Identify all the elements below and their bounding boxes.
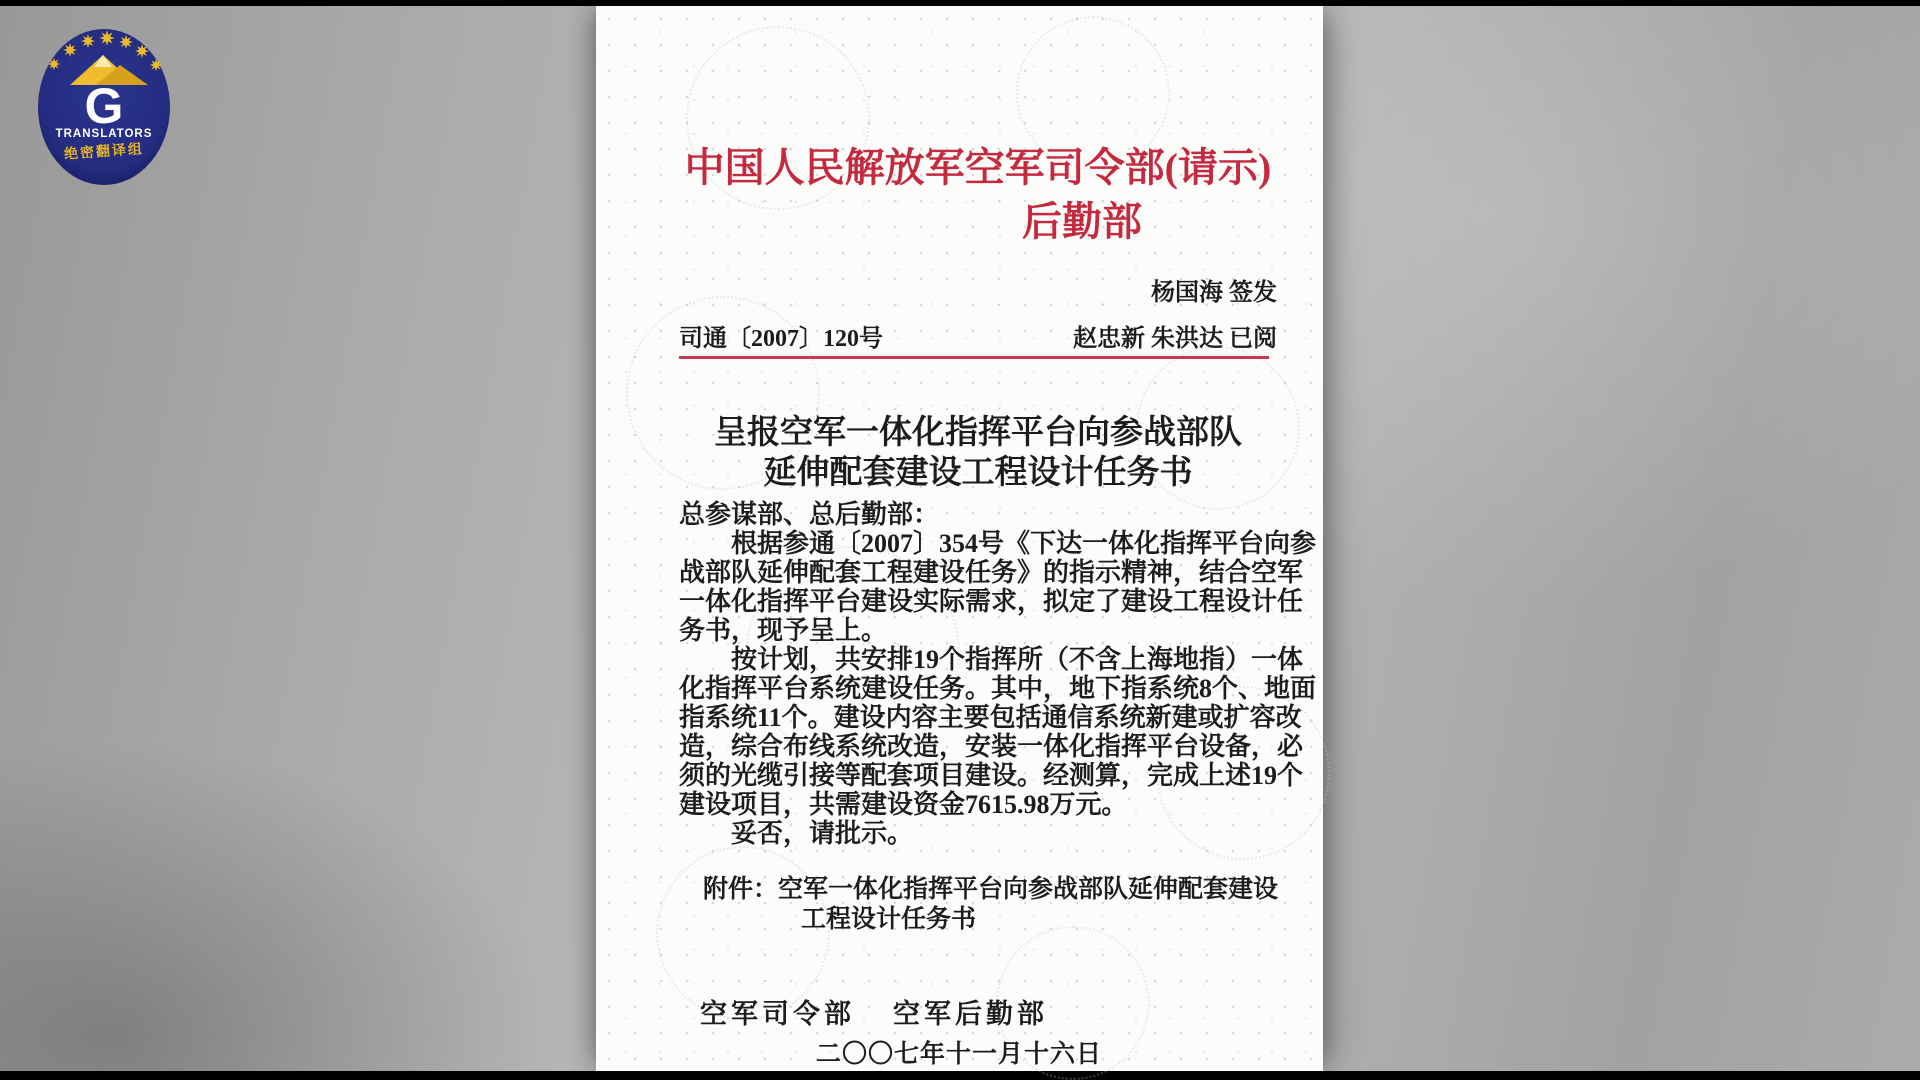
body-line: 造，综合布线系统改造，安装一体化指挥平台设备，必 xyxy=(679,732,1299,761)
signature-unit-2: 空军后勤部 xyxy=(893,999,1048,1029)
body-line: 一体化指挥平台建设实际需求，拟定了建设工程设计任 xyxy=(679,587,1299,616)
letterbox-bottom xyxy=(0,1071,1920,1080)
doc-meta-row: 司通〔2007〕120号 赵忠新 朱洪达 已阅 xyxy=(679,318,1277,353)
body-line: 总参谋部、总后勤部： xyxy=(679,500,1299,529)
body-line: 务书，现予呈上。 xyxy=(679,616,1299,645)
g-translators-logo: G TRANSLATORS 绝密翻译组 xyxy=(36,27,172,187)
document-body: 总参谋部、总后勤部： 根据参通〔2007〕354号《下达一体化指挥平台向参 战部… xyxy=(679,500,1299,848)
body-line: 化指挥平台系统建设任务。其中，地下指系统8个、地面 xyxy=(679,674,1299,703)
logo-subtitle: TRANSLATORS xyxy=(56,128,153,140)
letterhead-org-line2: 后勤部 xyxy=(1022,190,1142,247)
body-line: 根据参通〔2007〕354号《下达一体化指挥平台向参 xyxy=(679,529,1299,558)
body-line: 建设项目，共需建设资金7615.98万元。 xyxy=(679,790,1299,819)
body-line: 须的光缆引接等配套项目建设。经测算，完成上述19个 xyxy=(679,761,1299,790)
letterhead-org-line1: 中国人民解放军空军司令部(请示) xyxy=(679,136,1277,193)
body-line: 战部队延伸配套工程建设任务》的指示精神，结合空军 xyxy=(679,558,1299,587)
body-line: 指系统11个。建设内容主要包括通信系统新建或扩容改 xyxy=(679,703,1299,732)
signature-row: 空军司令部空军后勤部 xyxy=(700,992,1048,1031)
readers-signoff: 赵忠新 朱洪达 已阅 xyxy=(1073,318,1277,353)
subject-title-line2: 延伸配套建设工程设计任务书 xyxy=(679,446,1277,493)
letterhead-divider xyxy=(679,356,1269,359)
signature-unit-1: 空军司令部 xyxy=(700,999,855,1029)
logo-letter: G xyxy=(85,78,124,134)
video-frame: 中国人民解放军空军司令部(请示) 后勤部 杨国海 签发 司通〔2007〕120号… xyxy=(0,0,1920,1080)
document-date: 二〇〇七年十一月十六日 xyxy=(679,1034,1239,1070)
attachment-line1: 附件：空军一体化指挥平台向参战部队延伸配套建设 xyxy=(703,869,1278,905)
body-line: 妥否，请批示。 xyxy=(679,819,1299,848)
attachment-line2: 工程设计任务书 xyxy=(801,899,976,935)
body-line: 按计划，共安排19个指挥所（不含上海地指）一体 xyxy=(679,645,1299,674)
issuer-signoff: 杨国海 签发 xyxy=(679,272,1277,307)
doc-number: 司通〔2007〕120号 xyxy=(679,318,883,353)
